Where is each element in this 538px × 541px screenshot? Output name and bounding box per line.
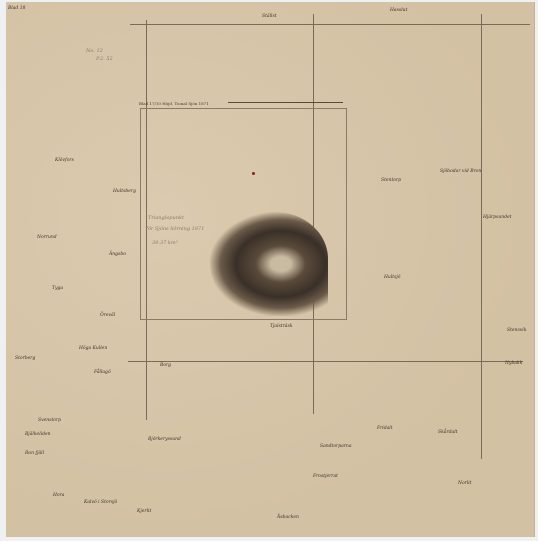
scale-bar	[228, 102, 343, 105]
terrain-relief	[210, 212, 328, 316]
place-label: Ställst	[262, 14, 277, 19]
survey-point	[252, 172, 255, 175]
place-label: Höga Kullen	[79, 346, 107, 351]
place-label: Fållagö	[94, 370, 111, 375]
pencil-note: för Sjöns hörning 1871	[146, 226, 204, 232]
pencil-note: 39.37 km²	[152, 240, 178, 246]
inset-bottom-note: Tjalsträsk	[270, 324, 293, 329]
place-label: Norlit	[458, 481, 472, 486]
place-label: Tyga	[52, 286, 63, 291]
place-label: Klövfors	[55, 158, 74, 163]
place-label: Stentorp	[381, 178, 401, 183]
grid-line	[130, 24, 530, 25]
place-label: Hultsberg	[113, 189, 136, 194]
place-label: Ängsbo	[109, 252, 126, 257]
corner-note: Blad 18	[8, 6, 25, 11]
grid-line	[481, 14, 482, 459]
place-label: Sjöbodar vid Bron	[440, 169, 481, 174]
grid-line	[128, 361, 523, 362]
place-label: Hjärpsundet	[483, 215, 512, 220]
place-label: Ron fjäll	[25, 451, 44, 456]
place-label: Björkeryssund	[148, 437, 181, 442]
place-label: Kalvö i Storsjö	[84, 500, 117, 505]
place-label: Borg	[160, 363, 171, 368]
place-label: Hora	[53, 493, 64, 498]
place-label: Hultsjö	[384, 275, 400, 280]
corner-note: No. 12	[86, 48, 103, 54]
place-label: Kjerlit	[137, 509, 151, 514]
place-label: Nybakk	[505, 361, 523, 366]
place-label: Fridalt	[377, 426, 393, 431]
place-label: Svenstorp	[38, 418, 61, 423]
place-label: Storberg	[15, 356, 35, 361]
place-label: Norrund	[37, 235, 57, 240]
place-label: Hasslut	[390, 8, 407, 13]
place-label: Sandtorparna	[320, 444, 352, 449]
corner-note: P.2. 52	[96, 56, 113, 62]
place-label: Åsbacken	[277, 515, 299, 520]
pencil-note: Trianglepunkt	[148, 215, 184, 221]
place-label: Bjälkeliden	[25, 432, 51, 437]
place-label: Skårdalt	[438, 430, 457, 435]
place-label: Öreväl	[100, 313, 115, 318]
place-label: Frostjerrat	[313, 474, 338, 479]
place-label: Stensvik	[507, 328, 526, 333]
inset-title: Blad 17/10 Höjd. Tional Sjön 1871	[139, 101, 209, 106]
